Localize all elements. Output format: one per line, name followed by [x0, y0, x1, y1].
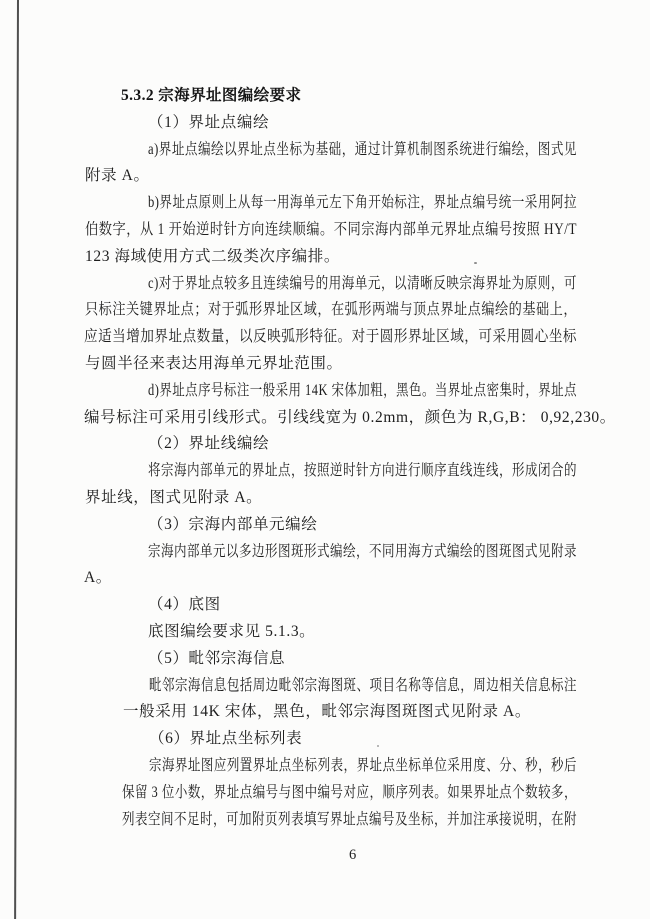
- paragraph-label: （4）底图: [148, 592, 577, 619]
- line-text: 与圆半径来表达用海单元界址范围。: [85, 351, 343, 378]
- text-line: 毗邻宗海信息包括周边毗邻宗海图斑、项目名称等信息，周边相关信息标注: [149, 673, 577, 700]
- text-line: 宗海界址图应列置界址点坐标列表，界址点坐标单位采用度、分、秒，秒后: [149, 753, 577, 780]
- text-line: 只标注关键界址点；对于弧形界址区域，在弧形两端与顶点界址点编绘的基础上，: [85, 297, 577, 324]
- line-text: （6）界址点坐标列表: [149, 726, 302, 753]
- line-text: 123 海域使用方式二级类次序编排。: [85, 244, 340, 271]
- page-number: 6: [0, 847, 650, 864]
- text-line: A。: [84, 565, 577, 592]
- line-text: 底图编绘要求见 5.1.3。: [148, 619, 315, 646]
- text-line: 应适当增加界址点数量，以反映弧形特征。对于圆形界址区域，可采用圆心坐标: [84, 324, 577, 351]
- line-text: 只标注关键界址点；对于弧形界址区域，在弧形两端与顶点界址点编绘的基础上，: [85, 297, 577, 324]
- document-body: 5.3.2 宗海界址图编绘要求（1）界址点编绘a)界址点编绘以界址点坐标为基础，…: [0, 83, 650, 833]
- line-text: 列表空间不足时，可加附页列表填写界址点编号及坐标，并加注承接说明，在附: [122, 807, 577, 834]
- text-line: d)界址点序号标注一般采用 14K 宋体加粗，黑色。当界址点密集时，界址点: [148, 378, 577, 405]
- line-text: （5）毗邻宗海信息: [148, 646, 285, 673]
- text-line: c)对于界址点较多且连续编号的用海单元，以清晰反映宗海界址为原则，可: [148, 271, 577, 298]
- line-text: b)界址点原则上从每一用海单元左下角开始标注，界址点编号统一采用阿拉: [148, 190, 577, 217]
- line-text: a)界址点编绘以界址点坐标为基础，通过计算机制图系统进行编绘，图式见: [148, 137, 577, 164]
- text-line: 宗海内部单元以多边形图斑形式编绘，不同用海方式编绘的图斑图式见附录: [148, 539, 577, 566]
- line-text: 界址线，图式见附录 A。: [85, 485, 262, 512]
- line-text: 将宗海内部单元的界址点，按照逆时针方向进行顺序直线连线，形成闭合的: [148, 458, 577, 485]
- paragraph-label: （2）界址线编绘: [148, 431, 577, 458]
- line-text: 一般采用 14K 宋体，黑色，毗邻宗海图斑图式见附录 A。: [123, 699, 531, 726]
- section-heading: 5.3.2 宗海界址图编绘要求: [121, 83, 577, 110]
- line-text: 附录 A。: [85, 163, 150, 190]
- paragraph-label: （3）宗海内部单元编绘: [148, 512, 577, 539]
- document-page: 5.3.2 宗海界址图编绘要求（1）界址点编绘a)界址点编绘以界址点坐标为基础，…: [0, 0, 650, 919]
- line-text: 伯数字，从 1 开始逆时针方向连续顺编。不同宗海内部单元界址点编号按照 HY/T: [85, 217, 577, 244]
- text-line: 伯数字，从 1 开始逆时针方向连续顺编。不同宗海内部单元界址点编号按照 HY/T: [85, 217, 577, 244]
- line-text: 保留 3 位小数，界址点编号与图中编号对应，顺序列表。如果界址点个数较多，: [122, 780, 577, 807]
- line-text: 宗海界址图应列置界址点坐标列表，界址点坐标单位采用度、分、秒，秒后: [149, 753, 577, 780]
- paragraph-label: （1）界址点编绘: [148, 110, 577, 137]
- line-text: 编号标注可采用引线形式。引线线宽为 0.2mm，颜色为 R,G,B： 0,92,…: [84, 405, 616, 432]
- paragraph-label: （6）界址点坐标列表: [149, 726, 577, 753]
- text-line: 保留 3 位小数，界址点编号与图中编号对应，顺序列表。如果界址点个数较多，: [122, 780, 577, 807]
- line-text: c)对于界址点较多且连续编号的用海单元，以清晰反映宗海界址为原则，可: [148, 271, 577, 298]
- line-text: 应适当增加界址点数量，以反映弧形特征。对于圆形界址区域，可采用圆心坐标: [84, 324, 577, 351]
- text-line: 列表空间不足时，可加附页列表填写界址点编号及坐标，并加注承接说明，在附: [122, 807, 577, 834]
- paragraph-label: （5）毗邻宗海信息: [148, 646, 577, 673]
- text-line: 附录 A。: [85, 163, 577, 190]
- line-text: （2）界址线编绘: [148, 431, 269, 458]
- text-line: 编号标注可采用引线形式。引线线宽为 0.2mm，颜色为 R,G,B： 0,92,…: [84, 405, 577, 432]
- text-line: 123 海域使用方式二级类次序编排。: [85, 244, 577, 271]
- line-text: （3）宗海内部单元编绘: [148, 512, 317, 539]
- text-line: b)界址点原则上从每一用海单元左下角开始标注，界址点编号统一采用阿拉: [148, 190, 577, 217]
- text-line: a)界址点编绘以界址点坐标为基础，通过计算机制图系统进行编绘，图式见: [148, 137, 577, 164]
- text-line: 界址线，图式见附录 A。: [85, 485, 577, 512]
- line-text: 5.3.2 宗海界址图编绘要求: [121, 83, 301, 110]
- line-text: （4）底图: [148, 592, 221, 619]
- line-text: 毗邻宗海信息包括周边毗邻宗海图斑、项目名称等信息，周边相关信息标注: [149, 673, 577, 700]
- text-line: 一般采用 14K 宋体，黑色，毗邻宗海图斑图式见附录 A。: [123, 699, 577, 726]
- text-line: 底图编绘要求见 5.1.3。: [148, 619, 577, 646]
- line-text: A。: [84, 565, 112, 592]
- text-line: 与圆半径来表达用海单元界址范围。: [85, 351, 577, 378]
- line-text: （1）界址点编绘: [148, 110, 269, 137]
- text-line: 将宗海内部单元的界址点，按照逆时针方向进行顺序直线连线，形成闭合的: [148, 458, 577, 485]
- line-text: 宗海内部单元以多边形图斑形式编绘，不同用海方式编绘的图斑图式见附录: [148, 539, 577, 566]
- line-text: d)界址点序号标注一般采用 14K 宋体加粗，黑色。当界址点密集时，界址点: [148, 378, 577, 405]
